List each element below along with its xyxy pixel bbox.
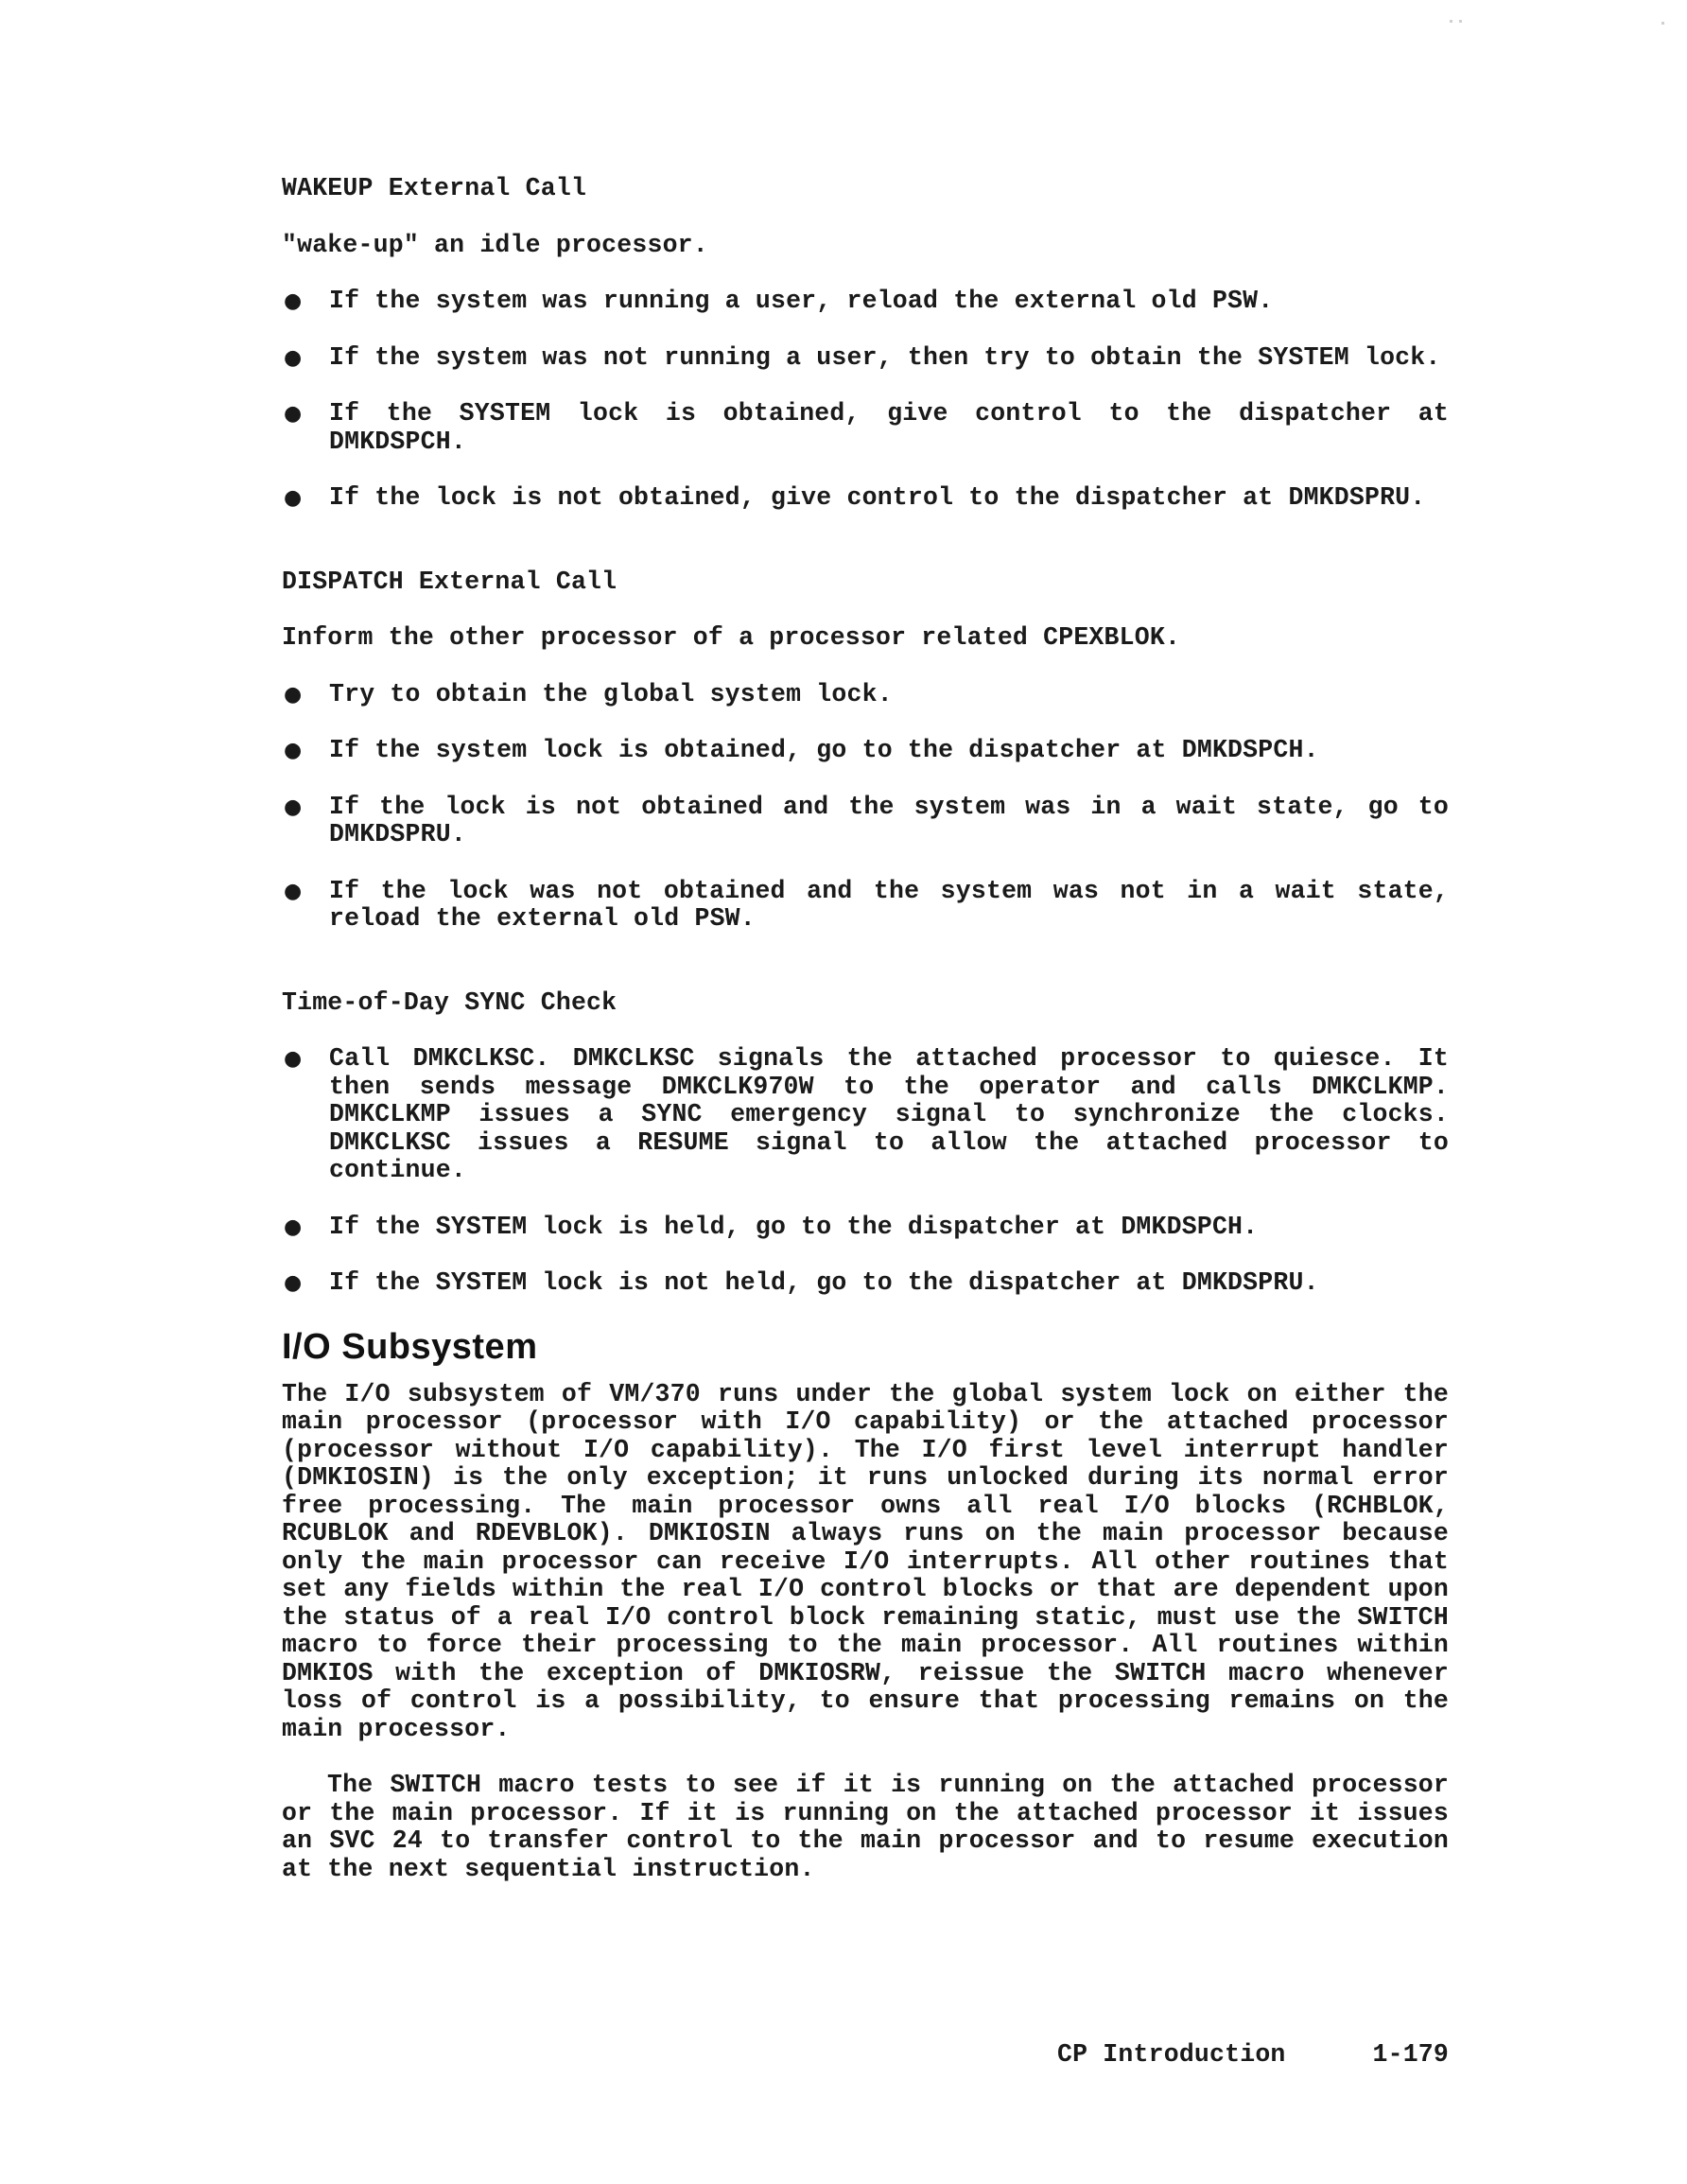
bullet-icon: ● [284,484,302,513]
list-item-text: If the lock is not obtained, give contro… [329,483,1425,512]
list-item-text: Call DMKCLKSC. DMKCLKSC signals the atta… [329,1044,1449,1184]
list-item: ●If the SYSTEM lock is held, go to the d… [282,1214,1449,1242]
bullet-icon: ● [284,1045,302,1074]
list-item: ●Call DMKCLKSC. DMKCLKSC signals the att… [282,1045,1449,1185]
list-item-text: If the SYSTEM lock is not held, go to th… [329,1268,1319,1297]
list-item: ●If the SYSTEM lock is not held, go to t… [282,1269,1449,1298]
page-footer: CP Introduction 1-179 [1057,2041,1449,2070]
scan-artifact [1661,22,1664,25]
subheading: WAKEUP External Call [282,175,1449,203]
bullet-icon: ● [284,794,302,822]
subheading: Time-of-Day SYNC Check [282,989,1449,1018]
list-item-text: If the lock is not obtained and the syst… [329,793,1449,849]
section-heading: I/O Subsystem [282,1326,1449,1368]
bullet-list: ●If the system was running a user, reloa… [282,288,1449,513]
page-number: 1-179 [1372,2041,1449,2070]
list-item: ●If the system lock is obtained, go to t… [282,737,1449,765]
section-intro: Inform the other processor of a processo… [282,624,1449,653]
spacer [282,962,1449,989]
section-dispatch-external-call: DISPATCH External Call Inform the other … [282,568,1449,934]
bullet-icon: ● [284,1269,302,1298]
scan-artifact [1459,20,1462,23]
list-item: ●If the system was not running a user, t… [282,344,1449,373]
section-time-of-day-sync-check: Time-of-Day SYNC Check ●Call DMKCLKSC. D… [282,989,1449,1298]
list-item-text: If the SYSTEM lock is obtained, give con… [329,399,1449,456]
list-item: ●Try to obtain the global system lock. [282,681,1449,709]
body-paragraph: The SWITCH macro tests to see if it is r… [282,1772,1449,1883]
list-item: ●If the lock is not obtained, give contr… [282,484,1449,513]
list-item-text: If the SYSTEM lock is held, go to the di… [329,1213,1258,1241]
bullet-list: ●Try to obtain the global system lock. ●… [282,681,1449,934]
section-wakeup-external-call: WAKEUP External Call "wake-up" an idle p… [282,175,1449,513]
subheading: DISPATCH External Call [282,568,1449,597]
bullet-icon: ● [284,681,302,709]
bullet-icon: ● [284,344,302,373]
list-item-text: If the system was running a user, reload… [329,287,1273,315]
list-item-text: Try to obtain the global system lock. [329,680,893,708]
section-io-subsystem: I/O Subsystem The I/O subsystem of VM/37… [282,1326,1449,1884]
list-item-text: If the system was not running a user, th… [329,343,1441,372]
document-page: WAKEUP External Call "wake-up" an idle p… [282,175,1449,1912]
list-item-text: If the system lock is obtained, go to th… [329,736,1319,764]
footer-section-title: CP Introduction [1057,2041,1286,2070]
scan-artifact [1450,20,1452,23]
bullet-icon: ● [284,288,302,316]
list-item: ●If the lock was not obtained and the sy… [282,878,1449,934]
list-item: ●If the system was running a user, reloa… [282,288,1449,316]
bullet-icon: ● [284,737,302,765]
list-item: ●If the lock is not obtained and the sys… [282,794,1449,849]
bullet-icon: ● [284,1214,302,1242]
list-item: ●If the SYSTEM lock is obtained, give co… [282,400,1449,456]
body-paragraph: The I/O subsystem of VM/370 runs under t… [282,1381,1449,1744]
bullet-icon: ● [284,400,302,428]
bullet-list: ●Call DMKCLKSC. DMKCLKSC signals the att… [282,1045,1449,1298]
spacer [282,541,1449,568]
section-intro: "wake-up" an idle processor. [282,232,1449,260]
list-item-text: If the lock was not obtained and the sys… [329,877,1449,934]
bullet-icon: ● [284,878,302,906]
